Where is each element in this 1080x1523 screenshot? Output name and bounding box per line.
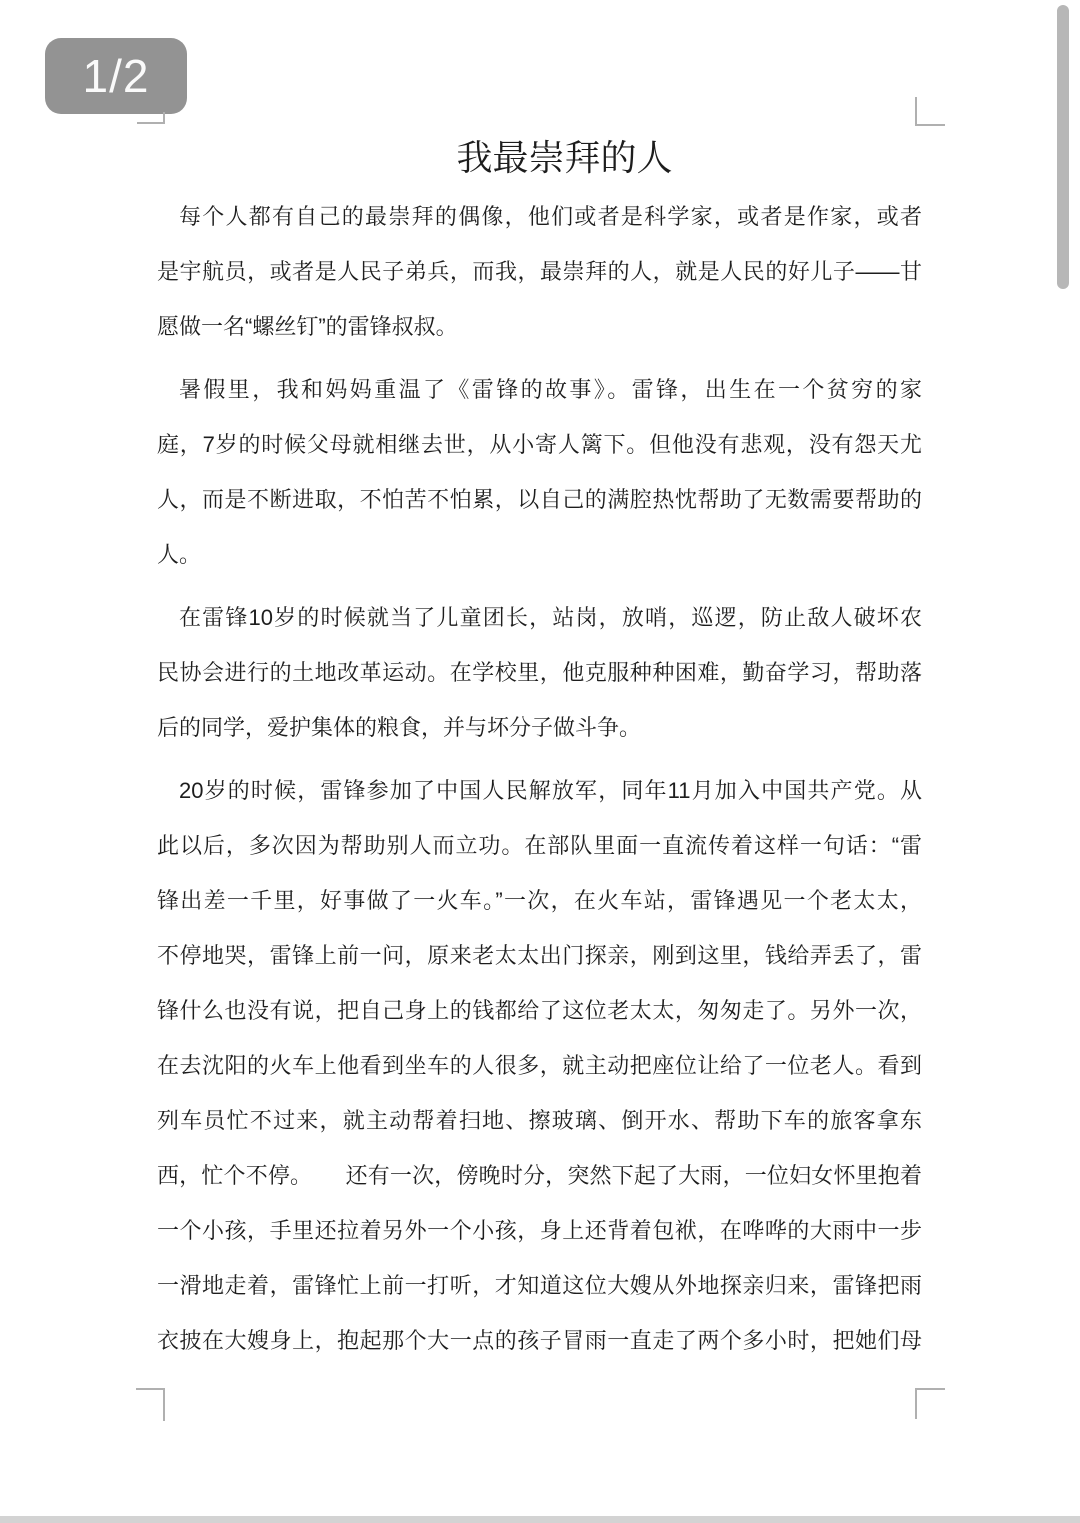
document-line: 此以后，多次因为帮助别人而立功。在部队里面一直流传着这样一句话：“雷 [157,818,922,873]
scrollbar-thumb[interactable] [1057,5,1069,289]
document-paragraph: 每个人都有自己的最崇拜的偶像，他们或者是科学家，或者是作家，或者是宇航员，或者是… [157,189,922,354]
document-line: 后的同学，爱护集体的粮食，并与坏分子做斗争。 [157,700,922,755]
document-line: 西，忙个不停。 还有一次，傍晚时分，突然下起了大雨，一位妇女怀里抱着 [157,1148,922,1203]
document-line: 在去沈阳的火车上他看到坐车的人很多，就主动把座位让给了一位老人。看到 [157,1038,922,1093]
page-gap-divider [0,1516,1080,1523]
document-line: 衣披在大嫂身上，抱起那个大一点的孩子冒雨一直走了两个多小时，把她们母 [157,1313,922,1368]
page-corner-mark-bottom-left-icon [136,1388,165,1421]
document-paragraph: 20岁的时候，雷锋参加了中国人民解放军，同年11月加入中国共产党。从此以后，多次… [157,763,922,1368]
document-viewer: 我最崇拜的人 每个人都有自己的最崇拜的偶像，他们或者是科学家，或者是作家，或者是… [0,0,1080,1523]
page-indicator-label: 1/2 [83,49,150,103]
document-line: 不停地哭，雷锋上前一问，原来老太太出门探亲，刚到这里，钱给弄丢了，雷 [157,928,922,983]
document-paragraph: 在雷锋10岁的时候就当了儿童团长，站岗，放哨，巡逻，防止敌人破坏农民协会进行的土… [157,590,922,755]
document-body: 每个人都有自己的最崇拜的偶像，他们或者是科学家，或者是作家，或者是宇航员，或者是… [157,189,922,1368]
document-paragraph: 暑假里，我和妈妈重温了《雷锋的故事》。雷锋，出生在一个贫穷的家庭，7岁的时候父母… [157,362,922,582]
document-line: 人。 [157,527,922,582]
document-line: 一个小孩，手里还拉着另外一个小孩，身上还背着包袱，在哗哗的大雨中一步 [157,1203,922,1258]
page-corner-mark-top-right-icon [915,97,945,126]
page-corner-mark-bottom-right-icon [915,1388,945,1419]
document-page[interactable]: 我最崇拜的人 每个人都有自己的最崇拜的偶像，他们或者是科学家，或者是作家，或者是… [157,130,922,1368]
document-line: 是宇航员，或者是人民子弟兵，而我，最崇拜的人，就是人民的好儿子——甘 [157,244,922,299]
document-line: 锋出差一千里，好事做了一火车。”一次，在火车站，雷锋遇见一个老太太， [157,873,922,928]
document-line: 列车员忙不过来，就主动帮着扫地、擦玻璃、倒开水、帮助下车的旅客拿东 [157,1093,922,1148]
document-line: 人，而是不断进取，不怕苦不怕累，以自己的满腔热忱帮助了无数需要帮助的 [157,472,922,527]
document-line: 每个人都有自己的最崇拜的偶像，他们或者是科学家，或者是作家，或者 [157,189,922,244]
document-line: 一滑地走着，雷锋忙上前一打听，才知道这位大嫂从外地探亲归来，雷锋把雨 [157,1258,922,1313]
page-corner-mark-top-left-icon [137,112,165,124]
document-line: 暑假里，我和妈妈重温了《雷锋的故事》。雷锋，出生在一个贫穷的家 [157,362,922,417]
page-indicator-badge: 1/2 [45,38,187,114]
document-line: 锋什么也没有说，把自己身上的钱都给了这位老太太，匆匆走了。另外一次， [157,983,922,1038]
document-line: 愿做一名“螺丝钉”的雷锋叔叔。 [157,299,922,354]
document-line: 在雷锋10岁的时候就当了儿童团长，站岗，放哨，巡逻，防止敌人破坏农 [157,590,922,645]
document-line: 20岁的时候，雷锋参加了中国人民解放军，同年11月加入中国共产党。从 [157,763,922,818]
document-line: 民协会进行的土地改革运动。在学校里，他克服种种困难，勤奋学习，帮助落 [157,645,922,700]
document-title: 我最崇拜的人 [157,130,922,185]
document-line: 庭，7岁的时候父母就相继去世，从小寄人篱下。但他没有悲观，没有怨天尤 [157,417,922,472]
